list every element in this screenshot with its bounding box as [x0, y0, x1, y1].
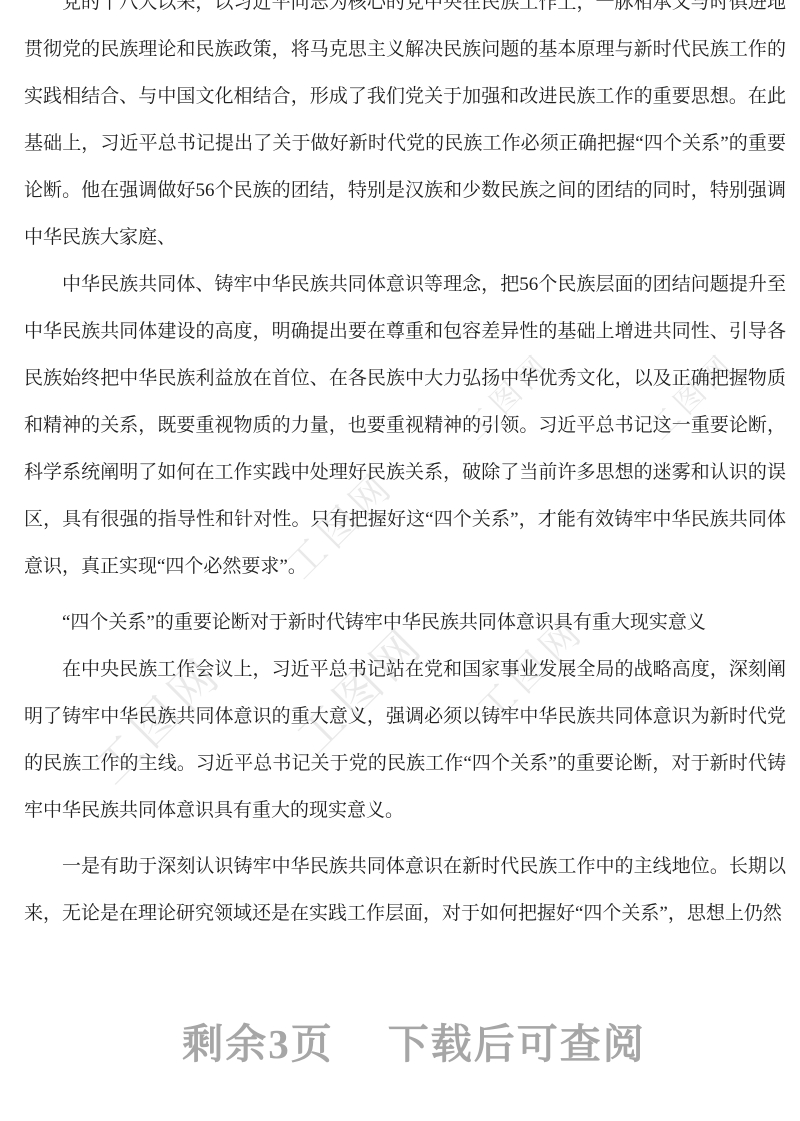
body-text-paragraph: 党的十八大以来，以习近平同志为核心的党中央在民族工作上，一脉相承又与时俱进地贯彻…	[24, 0, 786, 261]
page-footer-notice: 剩余3页 下载后可查阅	[14, 1016, 800, 1072]
footer-download-hint: 下载后可查阅	[388, 1016, 646, 1072]
body-text-paragraph: 一是有助于深刻认识铸牢中华民族共同体意识在新时代民族工作中的主线地位。长期以来，…	[24, 843, 786, 937]
body-text-paragraph: 中华民族共同体、铸牢中华民族共同体意识等理念，把56个民族层面的团结问题提升至中…	[24, 261, 786, 590]
footer-remaining-pages: 剩余3页	[182, 1016, 334, 1072]
body-text-paragraph: 在中央民族工作会议上，习近平总书记站在党和国家事业发展全局的战略高度，深刻阐明了…	[24, 646, 786, 834]
document-page: 工图网 工图网 工图网 工图网 工图网 工图网 党的十八大以来，以习近平同志为核…	[0, 0, 800, 1121]
document-body: 党的十八大以来，以习近平同志为核心的党中央在民族工作上，一脉相承又与时俱进地贯彻…	[24, 0, 786, 937]
section-heading: “四个关系”的重要论断对于新时代铸牢中华民族共同体意识具有重大现实意义	[24, 599, 786, 646]
